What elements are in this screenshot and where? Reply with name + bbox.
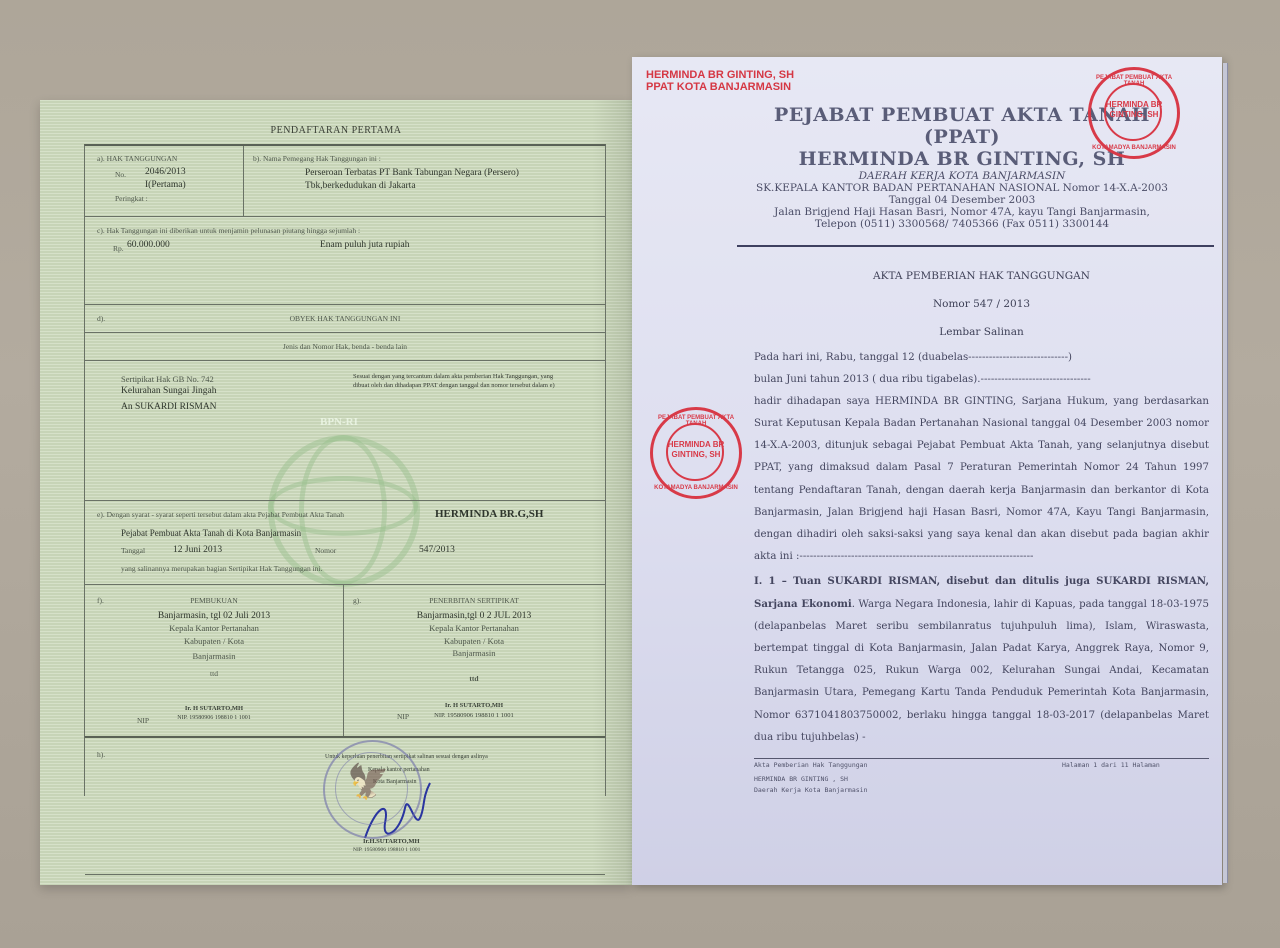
ppat-stamp: PEJABAT PEMBUAT AKTA TANAH HERMINDA BRGI… bbox=[1088, 67, 1180, 159]
stamp-arc-bottom: KOTAMADYA BANJARMASIN bbox=[653, 485, 739, 491]
office-phone: Telepon (0511) 3300568/ 7405366 (Fax 051… bbox=[712, 218, 1212, 230]
issuance-ttd: ttd bbox=[343, 674, 605, 683]
deed-number: Nomor 547 / 2013 bbox=[754, 298, 1209, 310]
section-ab: a). HAK TANGGUNGAN No. 2046/2013 I(Perta… bbox=[85, 146, 605, 217]
issuance-office: Kepala Kantor Pertanahan bbox=[343, 623, 605, 633]
holder-name: Perseroan Terbatas PT Bank Tabungan Nega… bbox=[305, 168, 519, 178]
object-owner: An SUKARDI RISMAN bbox=[121, 402, 217, 412]
party-intro: I. 1 – Tuan SUKARDI RISMAN, disebut dan … bbox=[754, 575, 1209, 587]
object-heading: OBYEK HAK TANGGUNGAN INI bbox=[85, 314, 605, 323]
decree-date: Tanggal 04 Desember 2003 bbox=[712, 194, 1212, 206]
red-header-office: PPAT KOTA BANJARMASIN bbox=[646, 81, 794, 93]
section-fg: f). PEMBUKUAN Banjarmasin, tgl 02 Juli 2… bbox=[85, 584, 605, 738]
page-stack-edge bbox=[1223, 63, 1228, 883]
bookkeeping-heading: PEMBUKUAN bbox=[85, 596, 343, 605]
deed-line-month: bulan Juni tahun 2013 ( dua ribu tigabel… bbox=[754, 369, 1209, 391]
no-label: No. bbox=[115, 170, 126, 179]
rank-label: Peringkat : bbox=[115, 194, 148, 203]
object-certificate: Sertipikat Hak GB No. 742 bbox=[121, 374, 214, 384]
work-area: DAERAH KERJA KOTA BANJARMASIN bbox=[712, 170, 1212, 182]
ht-rank: I(Pertama) bbox=[145, 180, 186, 190]
deed-line-day: Pada hari ini, Rabu, tanggal 12 (duabela… bbox=[754, 347, 1209, 369]
bookkeeping-city: Banjarmasin bbox=[85, 651, 343, 661]
footer-deed-name: Akta Pemberian Hak Tanggungan bbox=[754, 761, 868, 769]
certificate-title: PENDAFTARAN PERTAMA bbox=[40, 125, 632, 136]
deed-page: HERMINDA BR GINTING, SH PPAT KOTA BANJAR… bbox=[632, 57, 1222, 885]
hak-tanggungan-label: a). HAK TANGGUNGAN bbox=[97, 154, 177, 163]
section-c: c). Hak Tanggungan ini diberikan untuk m… bbox=[85, 216, 605, 305]
copy-label: Lembar Salinan bbox=[754, 326, 1209, 338]
stamp-arc-top: PEJABAT PEMBUAT AKTA TANAH bbox=[1091, 75, 1177, 87]
amount-words: Enam puluh juta rupiah bbox=[320, 240, 409, 250]
deed-number: 547/2013 bbox=[419, 545, 455, 555]
currency-label: Rp. bbox=[113, 244, 124, 253]
bookkeeping-office: Kepala Kantor Pertanahan bbox=[85, 623, 343, 633]
bookkeeping-nip: NIP. 19580906 198810 1 1001 bbox=[85, 715, 343, 721]
stamp-arc-top: PEJABAT PEMBUAT AKTA TANAH bbox=[653, 415, 739, 427]
amount-value: 60.000.000 bbox=[127, 240, 170, 250]
ppat-red-header: HERMINDA BR GINTING, SH PPAT KOTA BANJAR… bbox=[646, 69, 794, 93]
issuance-date: Banjarmasin,tgl 0 2 JUL 2013 bbox=[343, 611, 605, 621]
office-address: Jalan Brigjend Haji Hasan Basri, Nomor 4… bbox=[712, 206, 1212, 218]
footer-page-number: Halaman 1 dari 11 Halaman bbox=[1062, 761, 1160, 769]
conditions-label: e). Dengan syarat - syarat seperti terse… bbox=[97, 510, 344, 519]
bookkeeping-office-type: Kabupaten / Kota bbox=[85, 636, 343, 646]
deed-number-label: Nomor bbox=[315, 546, 336, 555]
certificate-frame: a). HAK TANGGUNGAN No. 2046/2013 I(Perta… bbox=[84, 144, 606, 796]
stamp-core-2: GINTING, SH bbox=[653, 450, 739, 460]
deed-date-label: Tanggal bbox=[121, 546, 145, 555]
issuance-nip: NIP. 19580906 198810 1 1001 bbox=[343, 712, 605, 719]
deed-title: AKTA PEMBERIAN HAK TANGGUNGAN bbox=[754, 270, 1209, 282]
deed-paragraph-ppat: hadir dihadapan saya HERMINDA BR GINTING… bbox=[754, 391, 1209, 568]
stamp-core-1: HERMINDA BR bbox=[1091, 100, 1177, 110]
object-note: Sesuai dengan yang tercantum dalam akta … bbox=[353, 372, 563, 390]
section-h-label: h). bbox=[97, 750, 105, 759]
footer-rule bbox=[754, 758, 1209, 759]
footer-ppat-name: HERMINDA BR GINTING , SH bbox=[754, 775, 848, 783]
bookkeeping-ttd: ttd bbox=[85, 669, 343, 678]
section-d-subheading: Jenis dan Nomor Hak, benda - benda lain bbox=[85, 332, 605, 361]
letterhead-rule bbox=[737, 245, 1214, 247]
holder-domicile: Tbk,berkedudukan di Jakarta bbox=[305, 181, 416, 191]
decree: SK.KEPALA KANTOR BADAN PERTANAHAN NASION… bbox=[712, 182, 1212, 194]
deed-date: 12 Juni 2013 bbox=[173, 545, 222, 555]
garuda-emblem-icon: 🦅 bbox=[347, 762, 389, 802]
issuance-office-type: Kabupaten / Kota bbox=[343, 636, 605, 646]
footer-work-area: Daerah Kerja Kota Banjarmasin bbox=[754, 786, 868, 794]
stamp-arc-bottom: KOTAMADYA BANJARMASIN bbox=[1091, 145, 1177, 151]
amount-label: c). Hak Tanggungan ini diberikan untuk m… bbox=[97, 226, 360, 235]
conditions-closing: yang salinannya merupakan bagian Sertipi… bbox=[121, 564, 322, 573]
object-kelurahan: Kelurahan Sungai Jingah bbox=[121, 386, 217, 396]
section-e: e). Dengan syarat - syarat seperti terse… bbox=[85, 500, 605, 585]
object-subheading: Jenis dan Nomor Hak, benda - benda lain bbox=[85, 342, 605, 351]
stamp-core-2: GINTING, SH bbox=[1091, 110, 1177, 120]
bookkeeping-official: Ir. H SUTARTO,MH bbox=[85, 705, 343, 712]
issuance-city: Banjarmasin bbox=[343, 648, 605, 658]
holder-label: b). Nama Pemegang Hak Tanggungan ini : bbox=[253, 154, 381, 163]
ppat-stamp-margin: PEJABAT PEMBUAT AKTA TANAH HERMINDA BRGI… bbox=[650, 407, 742, 499]
bookkeeping-date: Banjarmasin, tgl 02 Juli 2013 bbox=[85, 611, 343, 621]
section-d-content: Sertipikat Hak GB No. 742 Kelurahan Sung… bbox=[85, 360, 605, 501]
party-degree: Sarjana Ekonomi bbox=[754, 598, 852, 610]
deed-paragraph-party: I. 1 – Tuan SUKARDI RISMAN, disebut dan … bbox=[754, 570, 1209, 749]
ppat-location: Pejabat Pembuat Akta Tanah di Kota Banja… bbox=[121, 528, 301, 538]
stamp-core-1: HERMINDA BR bbox=[653, 440, 739, 450]
deed-body: Pada hari ini, Rabu, tanggal 12 (duabela… bbox=[754, 347, 1209, 749]
red-header-name: HERMINDA BR GINTING, SH bbox=[646, 69, 794, 81]
land-certificate-page: PENDAFTARAN PERTAMA BPN-RI a). HAK TANGG… bbox=[40, 100, 632, 885]
ppat-name: HERMINDA BR.G,SH bbox=[435, 508, 544, 520]
bpn-seal: 🦅 bbox=[323, 740, 422, 839]
ht-number: 2046/2013 bbox=[145, 167, 186, 177]
issuance-heading: PENERBITAN SERTIPIKAT bbox=[343, 596, 605, 605]
issuance-official: Ir. H SUTARTO,MH bbox=[343, 702, 605, 709]
party-details: . Warga Negara Indonesia, lahir di Kapua… bbox=[754, 599, 1209, 743]
section-d-heading: d). OBYEK HAK TANGGUNGAN INI bbox=[85, 304, 605, 333]
